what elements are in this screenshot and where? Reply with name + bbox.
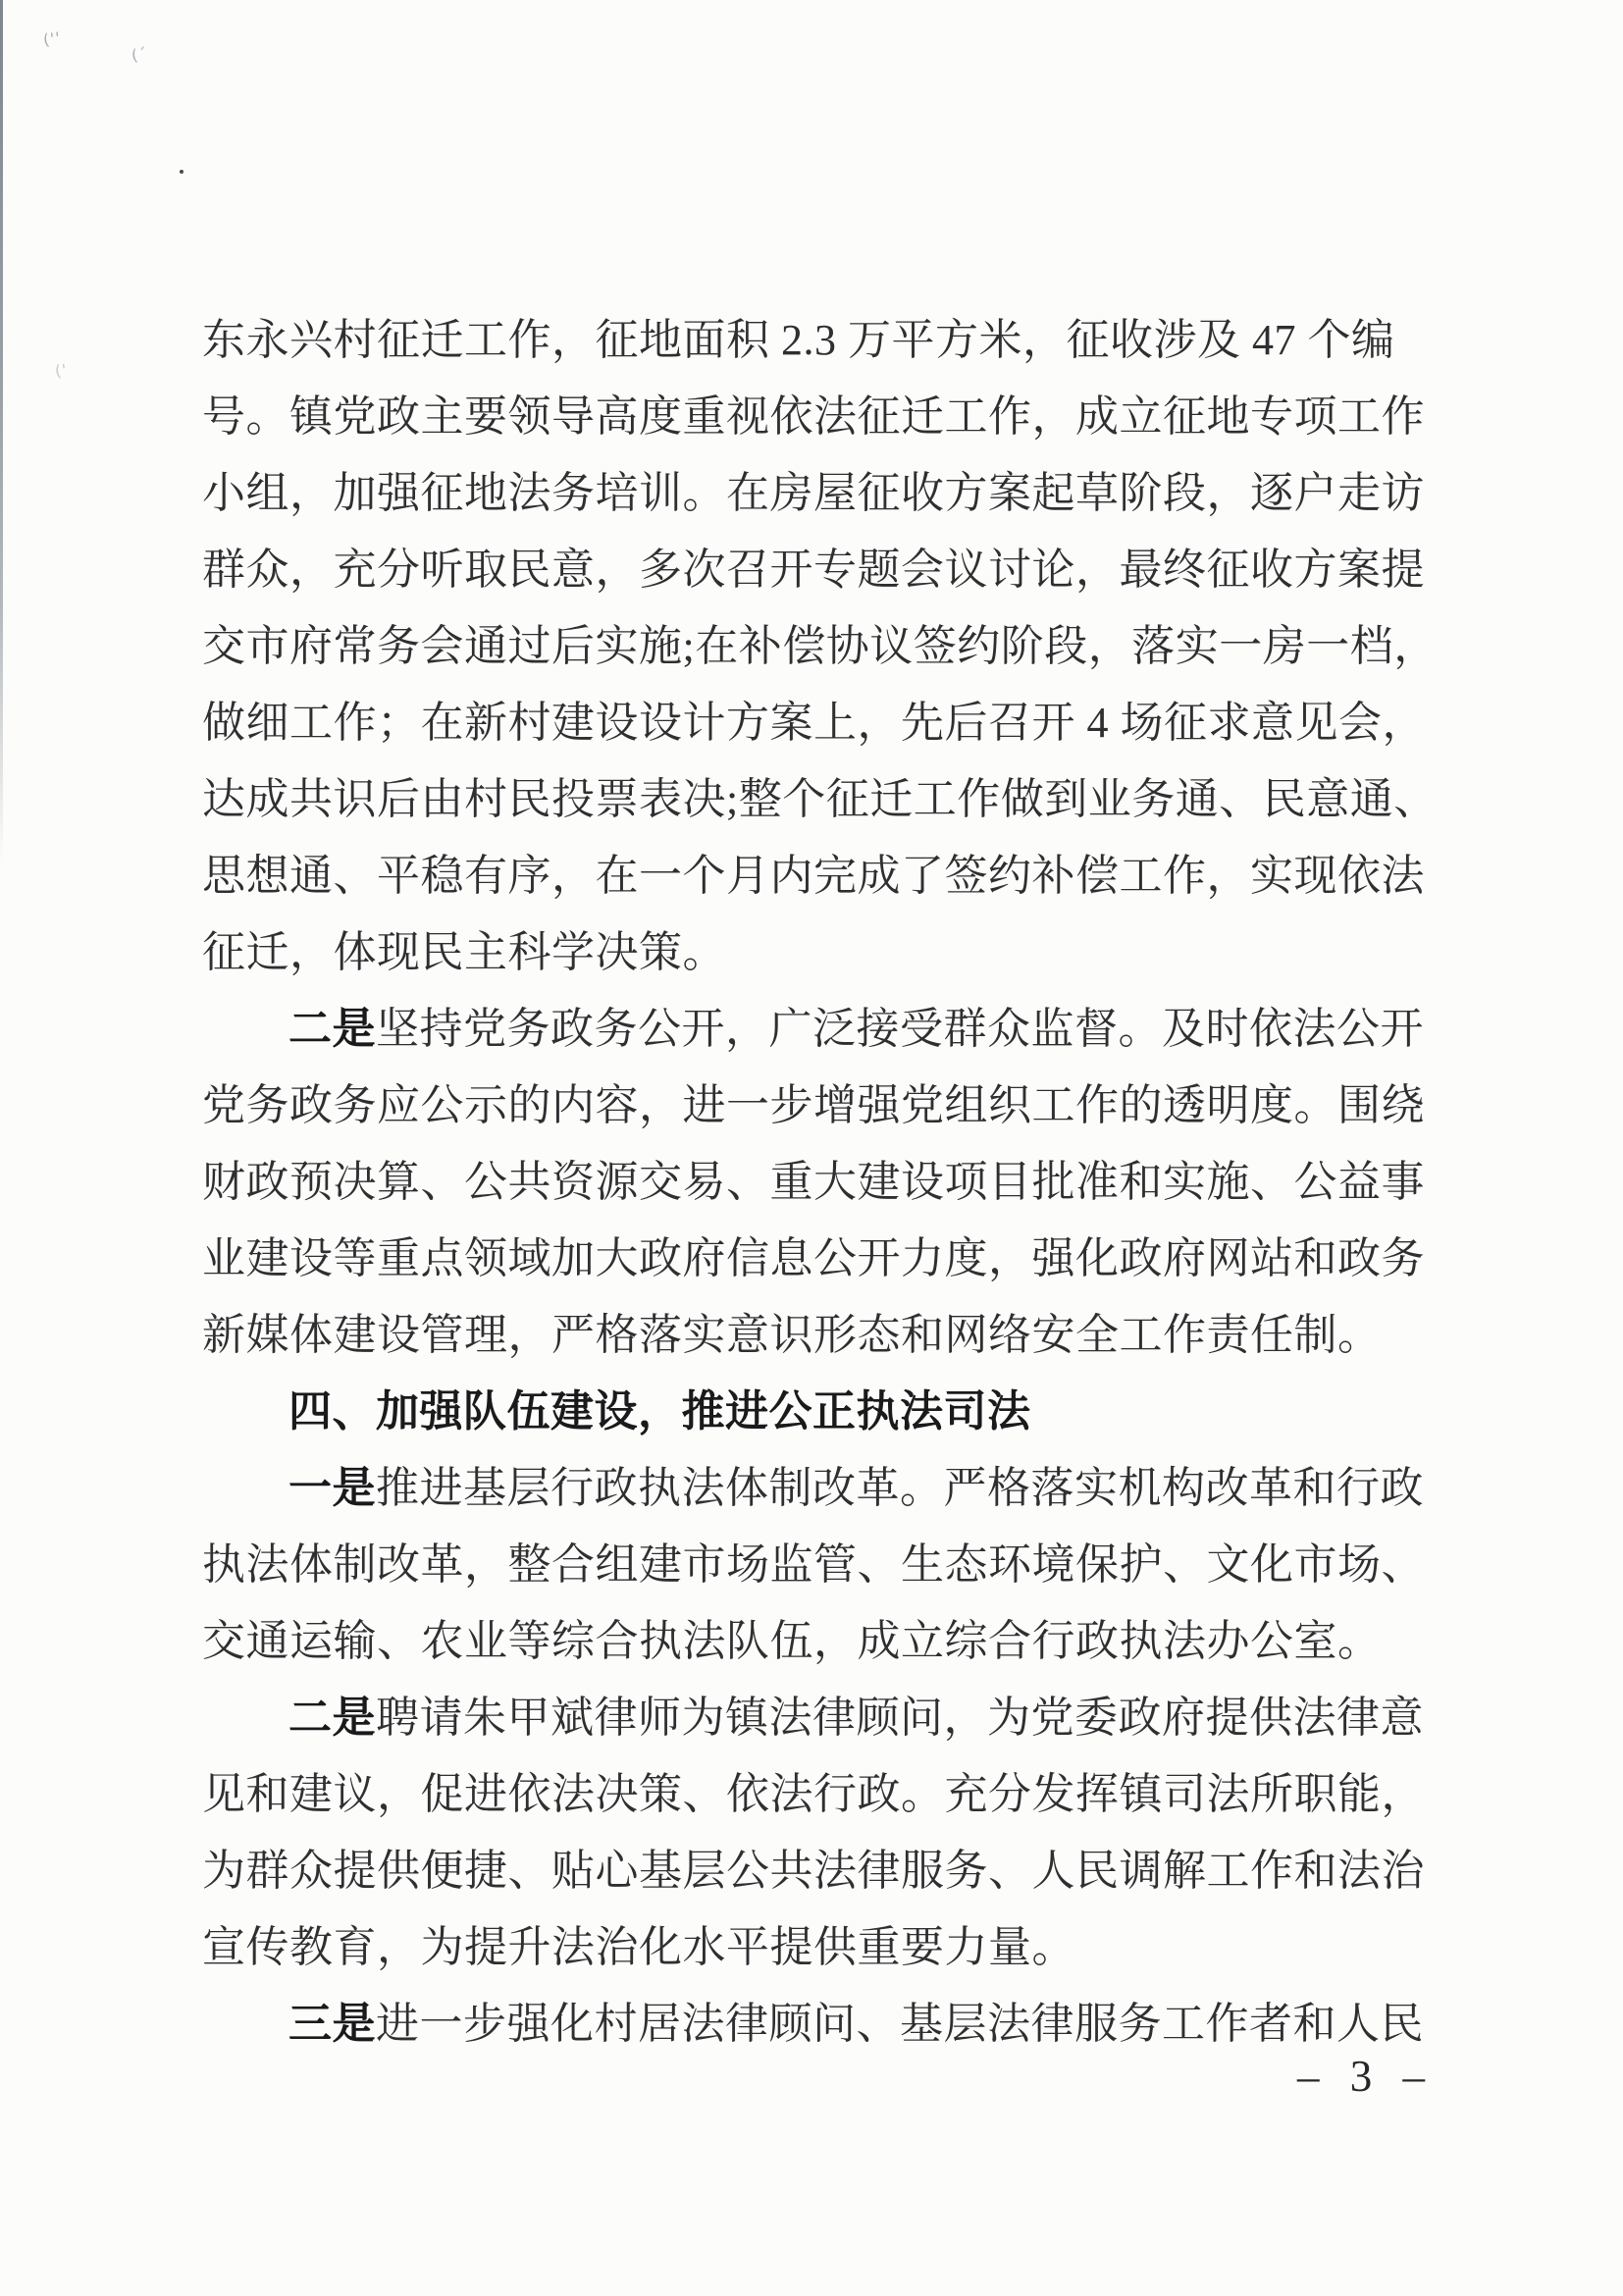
text-line: 一是推进基层行政执法体制改革。严格落实机构改革和行政 bbox=[202, 1450, 1439, 1527]
text-line: 见和建议，促进依法决策、依法行政。充分发挥镇司法所职能， bbox=[202, 1756, 1439, 1833]
text-line: 达成共识后由村民投票表决;整个征迁工作做到业务通、民意通、 bbox=[202, 761, 1439, 838]
text-line: 财政预决算、公共资源交易、重大建设项目批准和实施、公益事 bbox=[202, 1144, 1439, 1221]
scan-dot bbox=[180, 170, 183, 174]
text-line: 号。镇党政主要领导高度重视依法征迁工作，成立征地专项工作 bbox=[202, 379, 1439, 455]
page-number: – 3 – bbox=[1297, 2053, 1435, 2100]
text-line: 业建设等重点领域加大政府信息公开力度，强化政府网站和政务 bbox=[202, 1221, 1439, 1297]
text-line: 征迁，体现民主科学决策。 bbox=[202, 914, 1439, 991]
document-lines: 东永兴村征迁工作，征地面积 2.3 万平方米，征收涉及 47 个编号。镇党政主要… bbox=[202, 302, 1439, 2062]
text-line: 做细工作；在新村建设设计方案上，先后召开 4 场征求意见会， bbox=[202, 685, 1439, 761]
scan-speck: (' bbox=[54, 360, 69, 381]
scanned-document-page: ('' (´ (' 东永兴村征迁工作，征地面积 2.3 万平方米，征收涉及 47… bbox=[0, 0, 1623, 2296]
text-line: 二是坚持党务政务公开，广泛接受群众监督。及时依法公开 bbox=[202, 991, 1439, 1068]
bold-lead-in: 二是 bbox=[288, 1005, 376, 1053]
section-heading: 四、加强队伍建设，推进公正执法司法 bbox=[202, 1374, 1439, 1450]
bold-lead-in: 一是 bbox=[288, 1464, 376, 1512]
text-line: 新媒体建设管理，严格落实意识形态和网络安全工作责任制。 bbox=[202, 1297, 1439, 1374]
text-line: 二是聘请朱甲斌律师为镇法律顾问，为党委政府提供法律意 bbox=[202, 1680, 1439, 1756]
text-line: 群众，充分听取民意，多次召开专题会议讨论，最终征收方案提 bbox=[202, 532, 1439, 608]
scan-edge-line bbox=[0, 0, 3, 863]
text-line: 为群众提供便捷、贴心基层公共法律服务、人民调解工作和法治 bbox=[202, 1833, 1439, 1909]
text-line: 宣传教育，为提升法治化水平提供重要力量。 bbox=[202, 1909, 1439, 1986]
text-line: 三是进一步强化村居法律顾问、基层法律服务工作者和人民 bbox=[202, 1986, 1439, 2062]
scan-speck: (´ bbox=[131, 44, 149, 65]
scan-speck: ('' bbox=[42, 28, 63, 49]
bold-lead-in: 二是 bbox=[288, 1694, 376, 1742]
text-line: 思想通、平稳有序，在一个月内完成了签约补偿工作，实现依法 bbox=[202, 838, 1439, 914]
text-line: 东永兴村征迁工作，征地面积 2.3 万平方米，征收涉及 47 个编 bbox=[202, 302, 1439, 379]
text-line: 交通运输、农业等综合执法队伍，成立综合行政执法办公室。 bbox=[202, 1603, 1439, 1680]
bold-lead-in: 三是 bbox=[288, 2000, 376, 2048]
text-line: 执法体制改革，整合组建市场监管、生态环境保护、文化市场、 bbox=[202, 1527, 1439, 1603]
text-line: 党务政务应公示的内容，进一步增强党组织工作的透明度。围绕 bbox=[202, 1068, 1439, 1144]
text-line: 交市府常务会通过后实施;在补偿协议签约阶段，落实一房一档， bbox=[202, 608, 1439, 685]
text-line: 小组，加强征地法务培训。在房屋征收方案起草阶段，逐户走访 bbox=[202, 455, 1439, 532]
